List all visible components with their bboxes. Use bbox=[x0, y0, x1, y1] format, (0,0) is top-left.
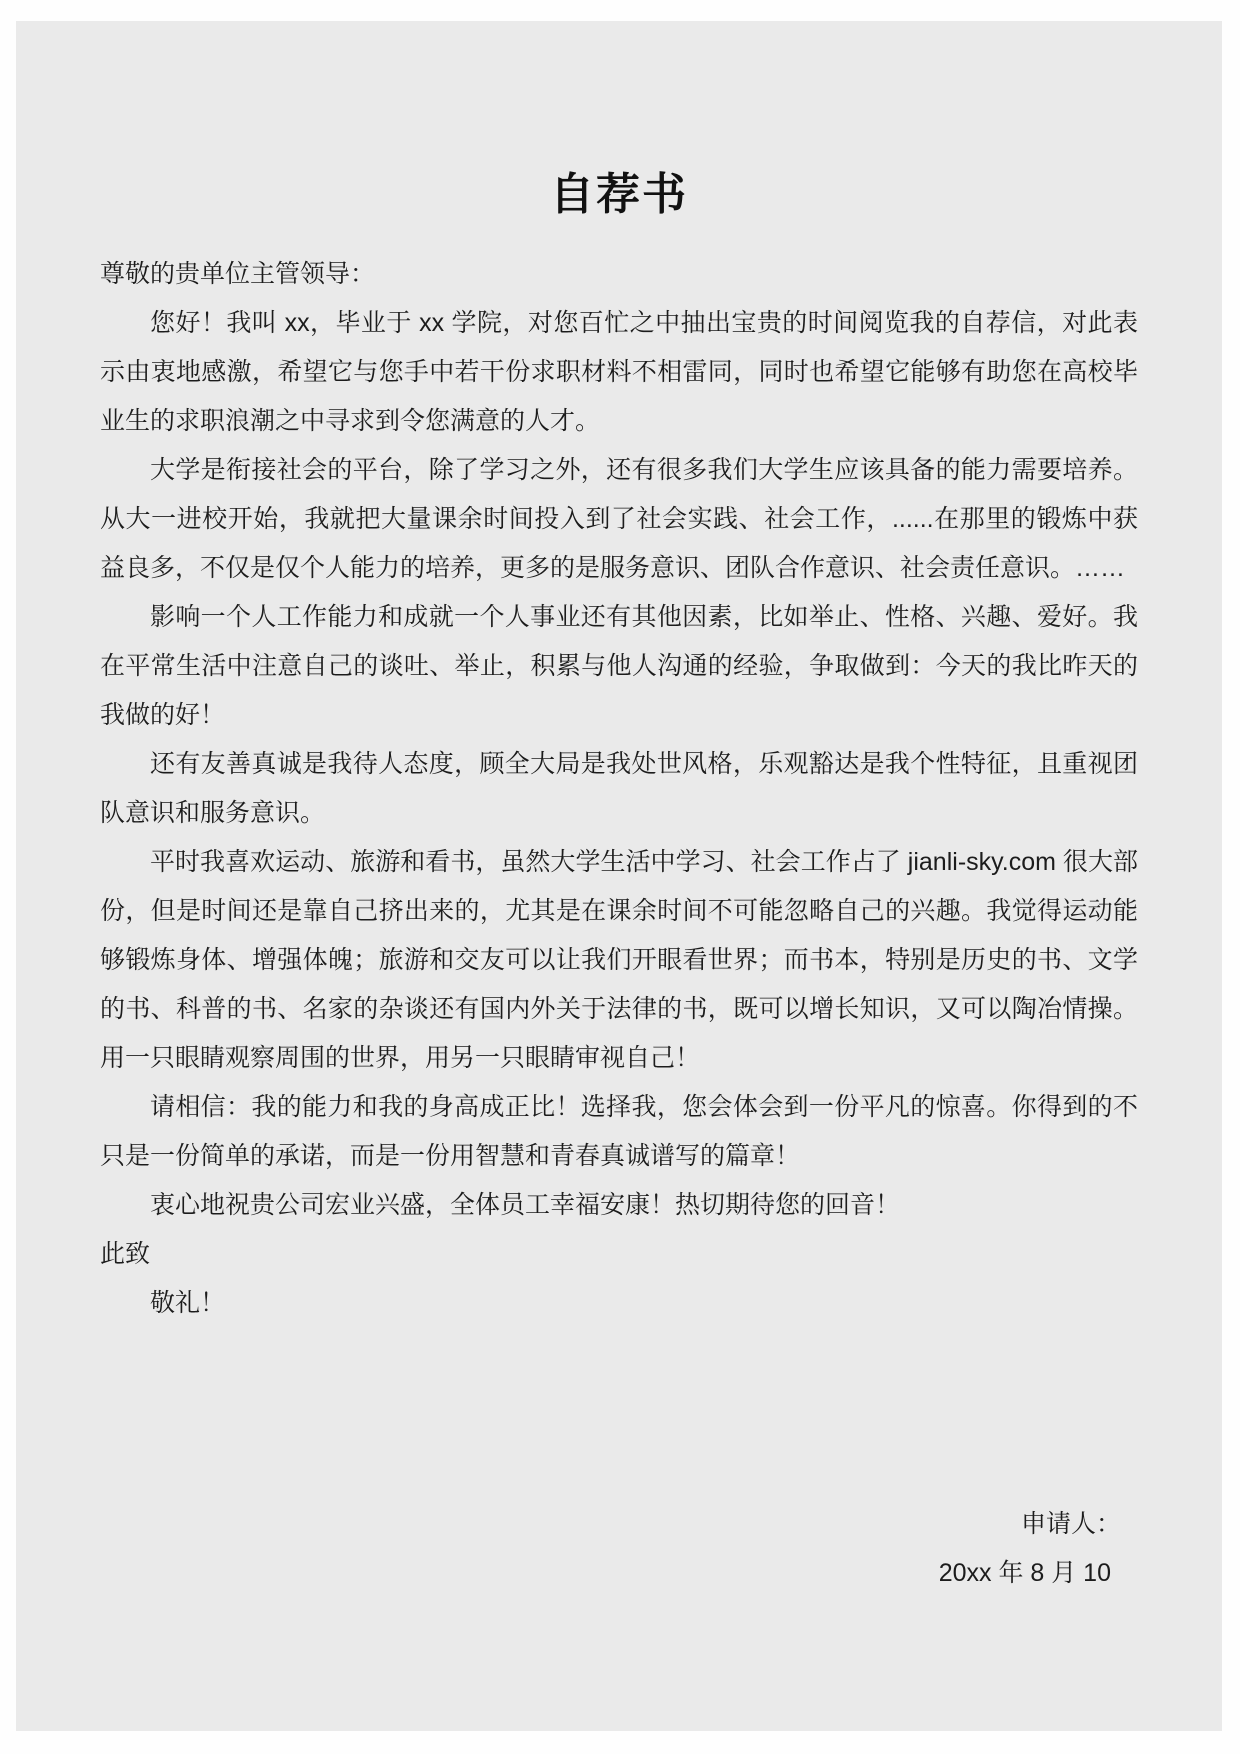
signature-applicant-label: 申请人： bbox=[100, 1500, 1138, 1549]
letter-paragraph: 您好！我叫 xx，毕业于 xx 学院，对您百忙之中抽出宝贵的时间阅览我的自荐信，… bbox=[100, 299, 1138, 446]
letter-title: 自荐书 bbox=[100, 169, 1138, 221]
closing-jingli: 敬礼！ bbox=[100, 1279, 1138, 1328]
letter-page: 自荐书 尊敬的贵单位主管领导： 您好！我叫 xx，毕业于 xx 学院，对您百忙之… bbox=[16, 21, 1222, 1731]
letter-paragraph: 影响一个人工作能力和成就一个人事业还有其他因素，比如举止、性格、兴趣、爱好。我在… bbox=[100, 593, 1138, 740]
letter-paragraph: 大学是衔接社会的平台，除了学习之外，还有很多我们大学生应该具备的能力需要培养。从… bbox=[100, 446, 1138, 593]
signature-block: 申请人： 20xx 年 8 月 10 bbox=[100, 1500, 1138, 1598]
closing-cizhi: 此致 bbox=[100, 1230, 1138, 1279]
document-canvas: 自荐书 尊敬的贵单位主管领导： 您好！我叫 xx，毕业于 xx 学院，对您百忙之… bbox=[0, 0, 1240, 1754]
signature-date: 20xx 年 8 月 10 bbox=[100, 1549, 1138, 1598]
letter-salutation: 尊敬的贵单位主管领导： bbox=[100, 250, 1138, 299]
letter-paragraph: 请相信：我的能力和我的身高成正比！选择我，您会体会到一份平凡的惊喜。你得到的不只… bbox=[100, 1083, 1138, 1181]
letter-paragraph: 还有友善真诚是我待人态度，顾全大局是我处世风格，乐观豁达是我个性特征，且重视团队… bbox=[100, 740, 1138, 838]
letter-paragraph: 平时我喜欢运动、旅游和看书，虽然大学生活中学习、社会工作占了 jianli-sk… bbox=[100, 838, 1138, 1083]
letter-body: 尊敬的贵单位主管领导： 您好！我叫 xx，毕业于 xx 学院，对您百忙之中抽出宝… bbox=[100, 250, 1138, 1598]
letter-paragraph: 衷心地祝贵公司宏业兴盛，全体员工幸福安康！热切期待您的回音！ bbox=[100, 1181, 1138, 1230]
